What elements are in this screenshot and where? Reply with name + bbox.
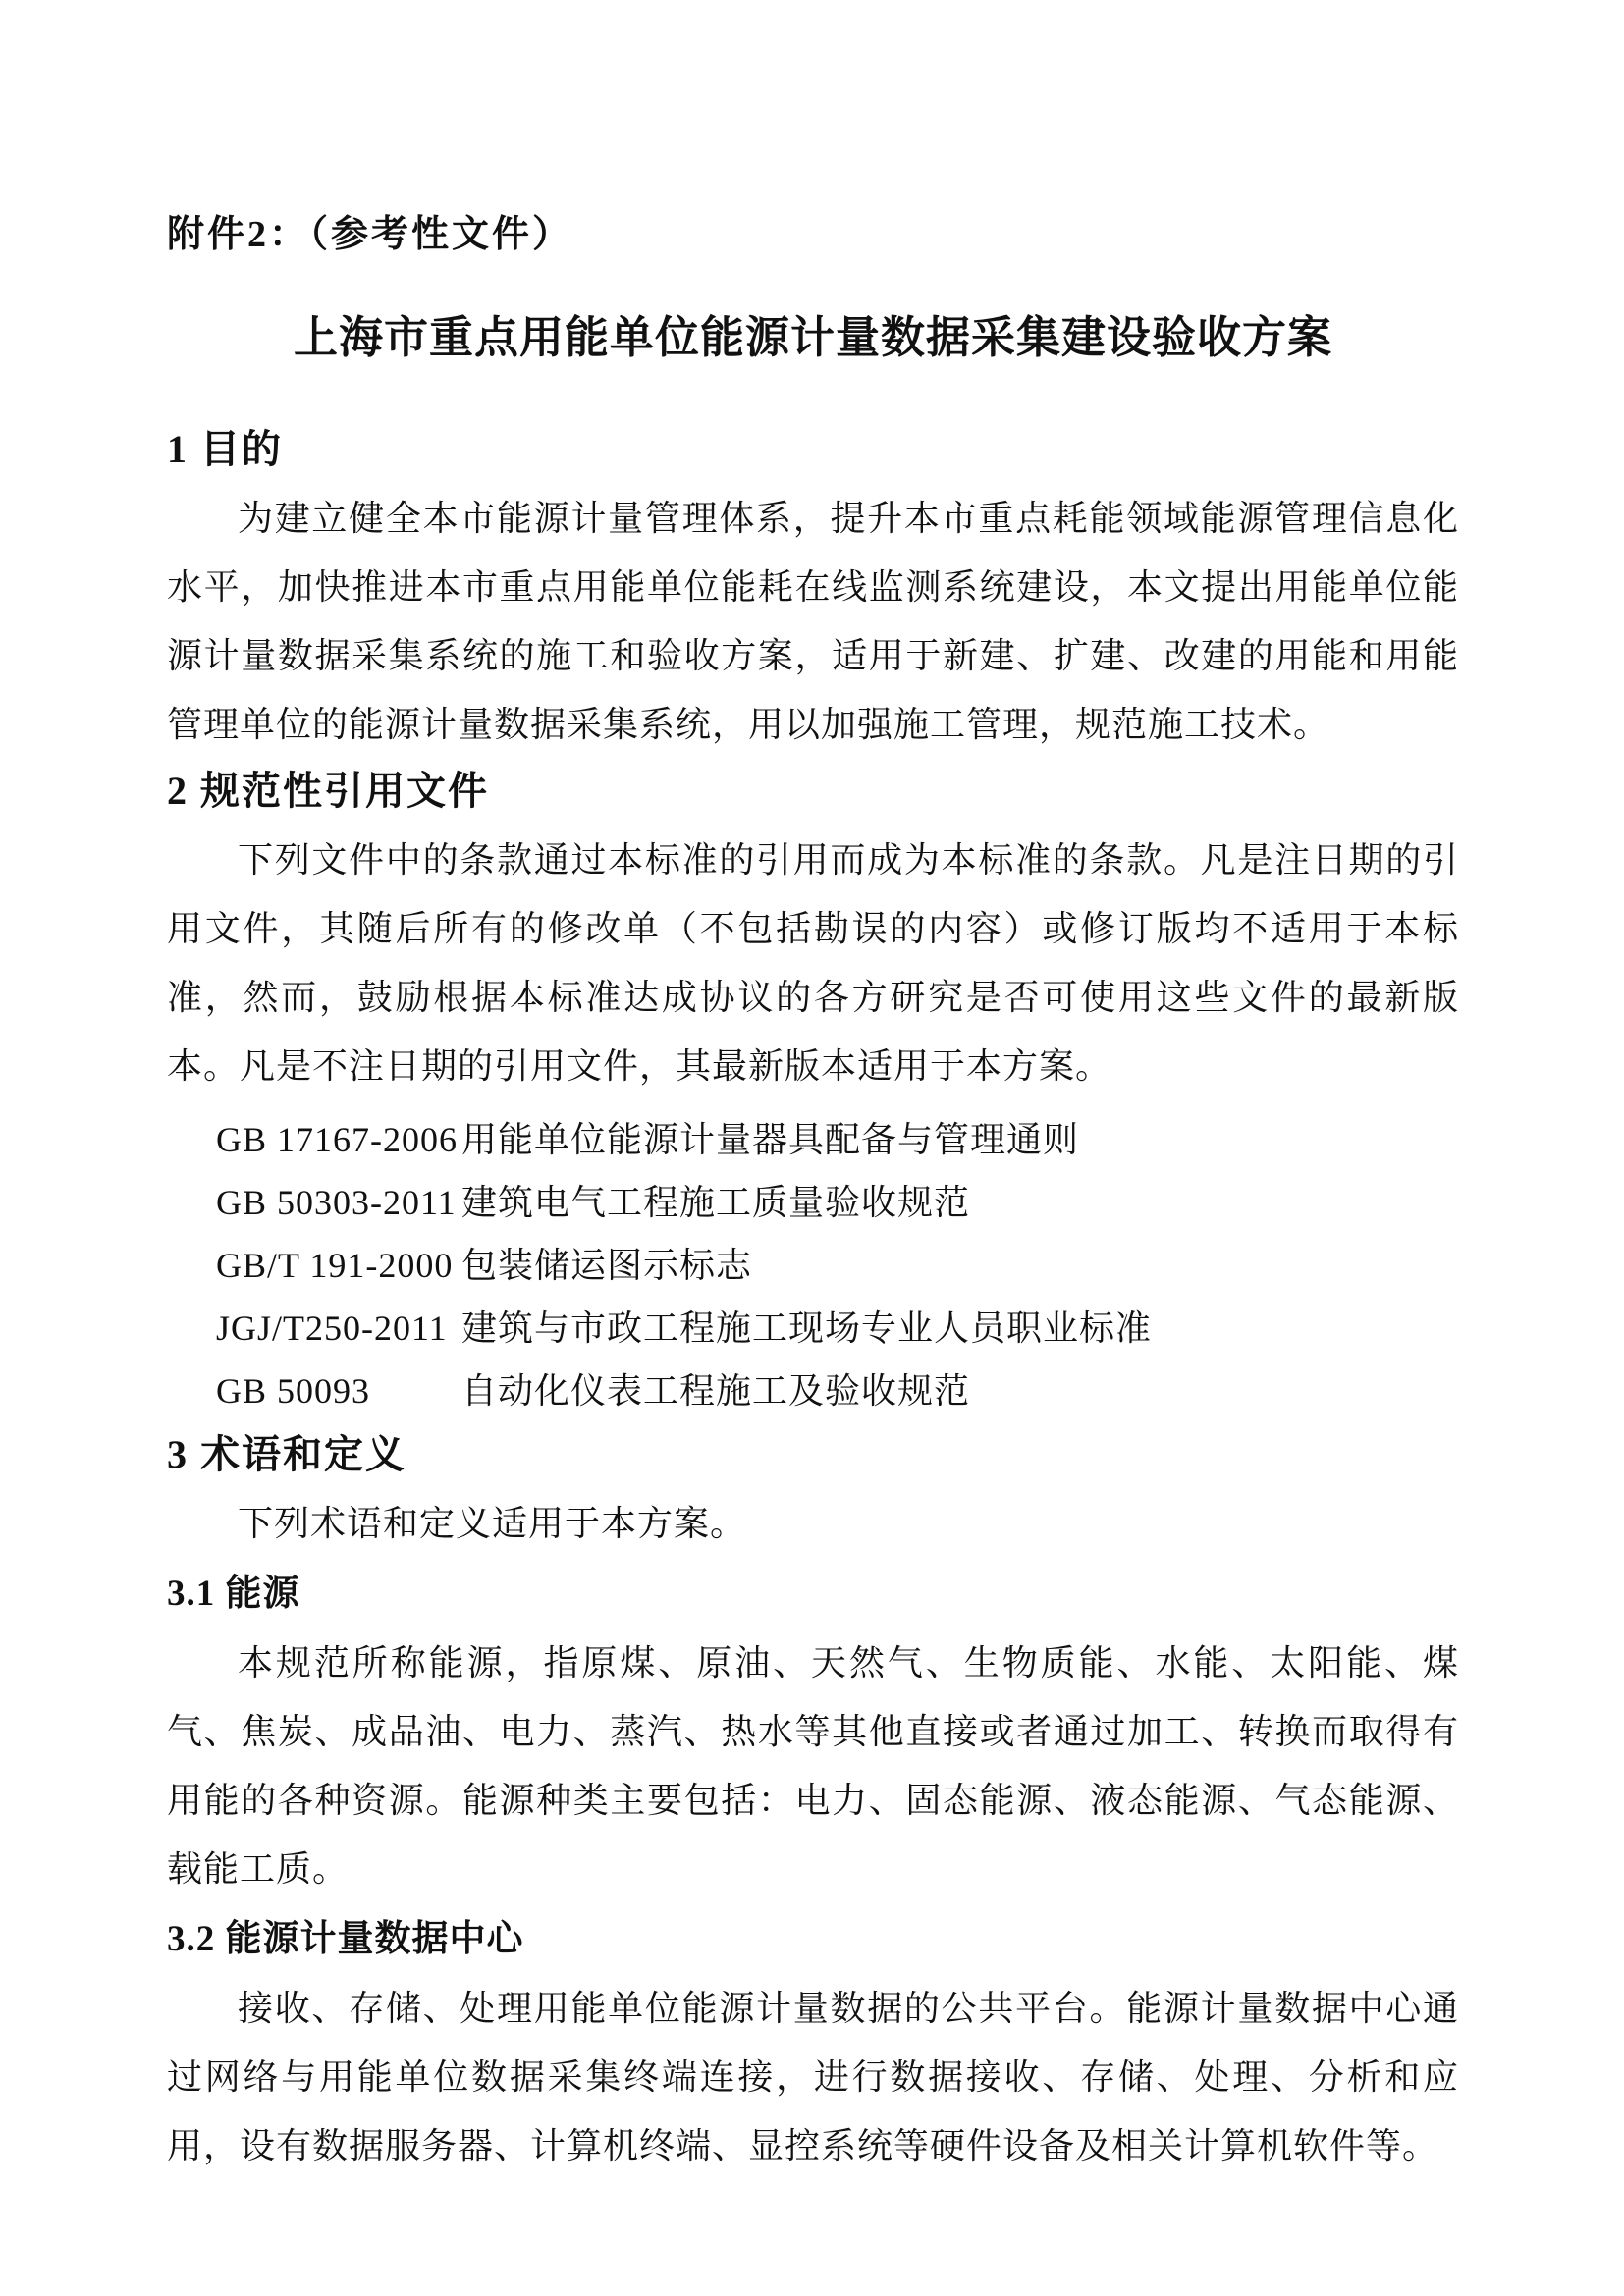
- reference-title: 建筑电气工程施工质量验收规范: [461, 1171, 970, 1234]
- reference-title: 自动化仪表工程施工及验收规范: [461, 1360, 970, 1422]
- reference-list: GB 17167-2006 用能单位能源计量器具配备与管理通则 GB 50303…: [216, 1108, 1459, 1422]
- document-title: 上海市重点用能单位能源计量数据采集建设验收方案: [167, 309, 1459, 366]
- subsection-3-1-paragraph: 本规范所称能源，指原煤、原油、天然气、生物质能、水能、太阳能、煤气、焦炭、成品油…: [167, 1629, 1459, 1903]
- reference-item: JGJ/T250-2011 建筑与市政工程施工现场专业人员职业标准: [216, 1297, 1459, 1360]
- document-content: 附件2：（参考性文件） 上海市重点用能单位能源计量数据采集建设验收方案 1 目的…: [0, 0, 1624, 2180]
- reference-code: GB 50303-2011: [216, 1171, 461, 1234]
- reference-title: 建筑与市政工程施工现场专业人员职业标准: [461, 1297, 1152, 1360]
- reference-code: GB 50093: [216, 1360, 461, 1422]
- subsection-3-2-heading: 3.2 能源计量数据中心: [167, 1911, 1459, 1968]
- subsection-3-1-heading: 3.1 能源: [167, 1566, 1459, 1623]
- reference-code: GB 17167-2006: [216, 1108, 461, 1171]
- section-3-heading: 3 术语和定义: [167, 1426, 1459, 1483]
- reference-item: GB 50303-2011 建筑电气工程施工质量验收规范: [216, 1171, 1459, 1234]
- attachment-label: 附件2：（参考性文件）: [167, 211, 1459, 258]
- reference-code: GB/T 191-2000: [216, 1234, 461, 1297]
- section-1-paragraph: 为建立健全本市能源计量管理体系，提升本市重点耗能领域能源管理信息化水平，加快推进…: [167, 484, 1459, 759]
- reference-item: GB/T 191-2000 包装储运图示标志: [216, 1234, 1459, 1297]
- section-3-paragraph: 下列术语和定义适用于本方案。: [167, 1489, 1459, 1558]
- subsection-3-2-paragraph: 接收、存储、处理用能单位能源计量数据的公共平台。能源计量数据中心通过网络与用能单…: [167, 1974, 1459, 2180]
- reference-code: JGJ/T250-2011: [216, 1297, 461, 1360]
- reference-title: 用能单位能源计量器具配备与管理通则: [461, 1108, 1079, 1171]
- document-page: 附件2：（参考性文件） 上海市重点用能单位能源计量数据采集建设验收方案 1 目的…: [0, 0, 1624, 2296]
- reference-item: GB 50093 自动化仪表工程施工及验收规范: [216, 1360, 1459, 1422]
- section-2-heading: 2 规范性引用文件: [167, 763, 1459, 820]
- reference-title: 包装储运图示标志: [461, 1234, 752, 1297]
- reference-item: GB 17167-2006 用能单位能源计量器具配备与管理通则: [216, 1108, 1459, 1171]
- section-2-paragraph: 下列文件中的条款通过本标准的引用而成为本标准的条款。凡是注日期的引用文件，其随后…: [167, 826, 1459, 1100]
- section-1-heading: 1 目的: [167, 421, 1459, 478]
